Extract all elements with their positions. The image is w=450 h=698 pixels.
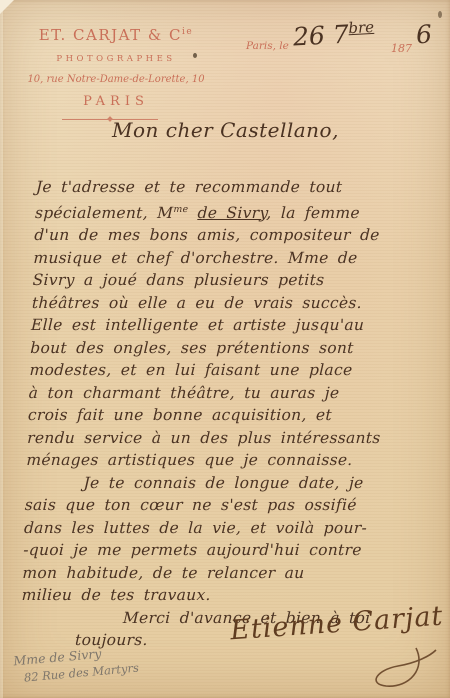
- line-segment-superscript: me: [173, 204, 188, 215]
- handwriting-line: sais que ton cœur ne s'est pas ossifié: [24, 494, 437, 517]
- handwriting-line: d'un de mes bons amis, compositeur de: [34, 224, 447, 247]
- handwriting-line: modestes, et en lui faisant une place: [29, 359, 442, 382]
- handwriting-line: spécialement, Mme de Sivry, la femme: [35, 199, 448, 225]
- salutation: Mon cher Castellano,: [112, 118, 339, 142]
- handwriting-line: rendu service à un des plus intéressants: [27, 427, 440, 450]
- handwriting-line: bout des ongles, ses prétentions sont: [30, 337, 443, 360]
- line-segment: spécialement, M: [35, 204, 174, 222]
- stain-speck: [438, 11, 442, 18]
- dateline-handwritten-day: 26 7bre: [292, 18, 375, 52]
- dateline-handwritten-year-digit: 6: [415, 19, 433, 49]
- handwriting-line: Je te connais de longue date, je: [83, 472, 438, 495]
- letter-scan: ET. CARJAT & Cie PHOTOGRAPHES 10, rue No…: [0, 0, 450, 698]
- letterhead-company-main: ET. CARJAT & C: [39, 26, 182, 44]
- handwriting-line: Sivry a joué dans plusieurs petits: [32, 269, 445, 292]
- letterhead-company-sup: ie: [182, 27, 193, 37]
- line-segment: , la femme: [266, 204, 360, 222]
- handwriting-line: théâtres où elle a eu de vrais succès.: [31, 292, 444, 315]
- dateline-month-abbreviation: bre: [348, 18, 375, 37]
- dateline-printed-prefix: Paris, le: [246, 40, 289, 52]
- handwriting-line: Elle est intelligente et artiste jusqu'a…: [31, 314, 444, 337]
- paper-edge-highlight: [0, 0, 3, 698]
- underlined-name: de Sivry: [197, 204, 267, 222]
- handwriting-line: ménages artistiques que je connaisse.: [26, 449, 439, 472]
- handwriting-line: mon habitude, de te relancer au: [22, 562, 435, 585]
- handwriting-line: milieu de tes travaux.: [21, 584, 434, 607]
- paper-corner-chip: [0, 0, 14, 14]
- dateline-printed-year: 187: [391, 42, 412, 55]
- handwriting-line: Je t'adresse et te recommande tout: [36, 176, 449, 199]
- handwriting-line: -quoi je me permets aujourd'hui contre: [23, 539, 436, 562]
- letterhead-company: ET. CARJAT & Cie: [18, 26, 214, 44]
- handwriting-line: dans les luttes de la vie, et voilà pour…: [24, 517, 437, 540]
- handwriting-line: musique et chef d'orchestre. Mme de: [33, 247, 446, 270]
- letterhead-profession: PHOTOGRAPHES: [18, 54, 214, 64]
- letterhead: ET. CARJAT & Cie PHOTOGRAPHES 10, rue No…: [18, 26, 214, 109]
- letter-body: Je t'adresse et te recommande tout spéci…: [20, 176, 449, 652]
- dateline-day-number: 26 7: [292, 20, 349, 52]
- signature-flourish: [298, 646, 438, 694]
- handwriting-line: crois fait une bonne acquisition, et: [28, 404, 441, 427]
- letterhead-address: 10, rue Notre-Dame-de-Lorette, 10: [18, 74, 214, 85]
- handwriting-line: à ton charmant théâtre, tu auras je: [28, 382, 441, 405]
- letterhead-city: PARIS: [18, 94, 214, 109]
